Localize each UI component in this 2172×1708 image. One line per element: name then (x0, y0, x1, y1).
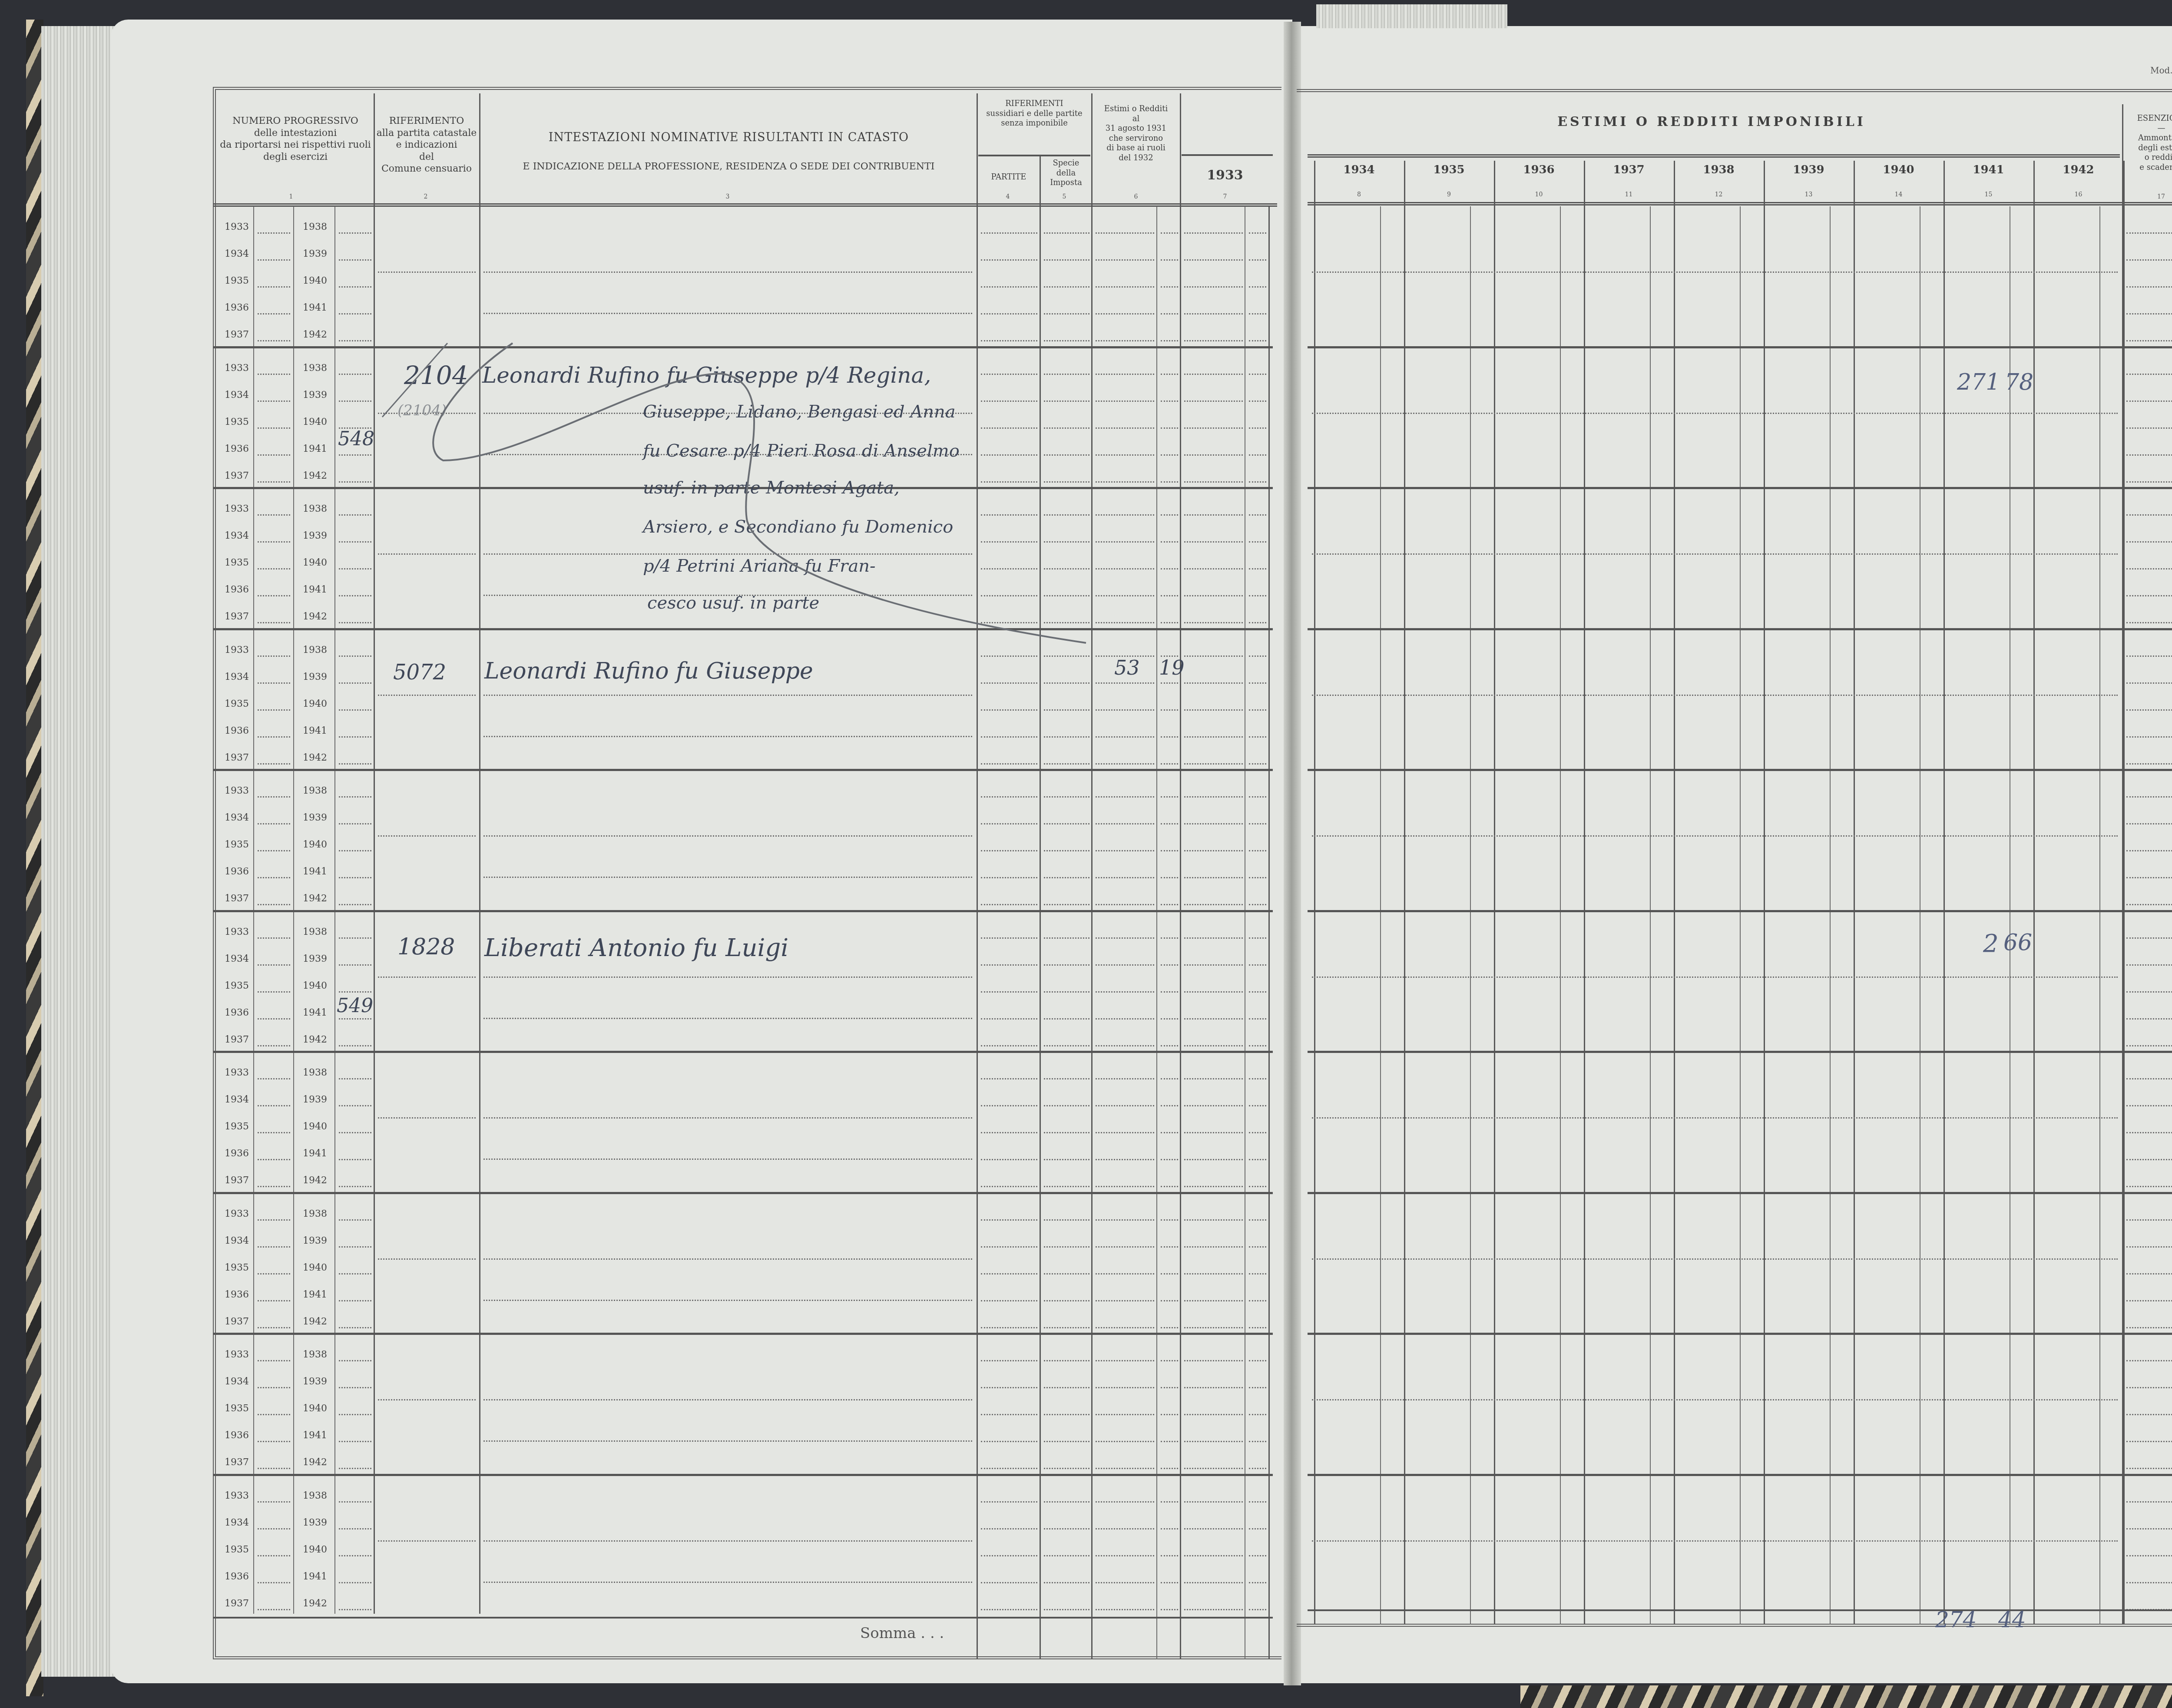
entry-riferimento: 5072 (393, 660, 446, 685)
entry-estimo-1931-int: 53 (1114, 656, 1140, 679)
somma-1941-int: 274 (1935, 1607, 1977, 1632)
entry-estimo-1941-dec: 78 (2005, 369, 2033, 395)
entry-intestazione-line: Leonardi Rufino fu Giuseppe (484, 658, 813, 684)
entry-estimo-1941-int: 2 (1983, 930, 1999, 958)
entry-riferimento: 1828 (397, 934, 455, 960)
somma-1941-dec: 44 (1998, 1607, 2026, 1632)
cancellation-stroke (0, 0, 2172, 1708)
entry-progressivo-1941: 549 (337, 995, 373, 1017)
entry-estimo-1941-int: 271 (1957, 369, 2000, 395)
entry-intestazione-line: Liberati Antonio fu Luigi (484, 934, 788, 962)
entry-estimo-1941-dec: 66 (2003, 930, 2032, 956)
entry-estimo-1931-dec: 19 (1159, 656, 1185, 679)
